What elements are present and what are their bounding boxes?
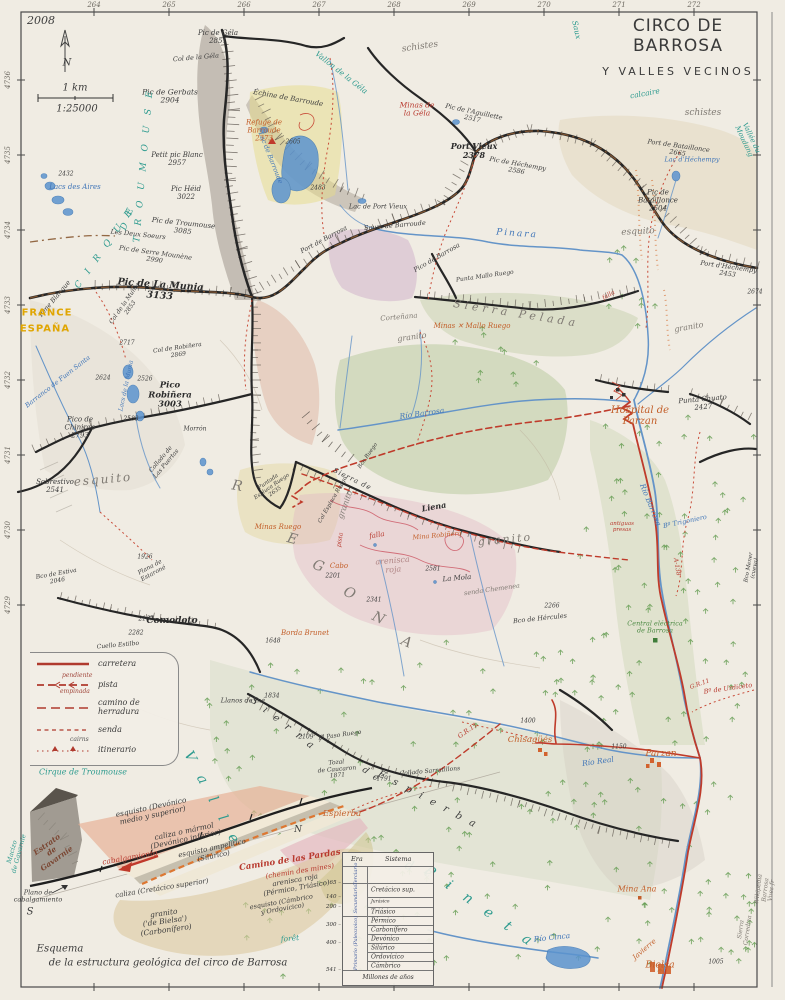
map-title: CIRCO DE BARROSA Y VALLES VECINOS [592,16,764,78]
legend-item-carretera: carretera [34,659,136,669]
bridleway-swatch-icon [34,703,92,713]
grid-number-left: 4730 [4,521,12,539]
grid-number-left: 4732 [4,371,12,389]
terrain-patches [30,25,757,900]
legend-note-empinada: empinada [60,688,90,695]
grid-number-top: 271 [612,1,625,9]
map-drawing [0,0,785,1000]
grid-number-top: 265 [162,1,175,9]
geology-schema [30,786,374,956]
path-swatch-icon [34,725,92,735]
legend-item-itinerario: itinerario [34,745,136,755]
timeline-system: Devónico [371,935,431,942]
legend-note-cairns: cairns [70,736,89,743]
scale-bar [38,94,113,102]
grid-number-top: 264 [87,1,100,9]
timeline-age: 200 – [323,904,341,910]
grid-number-left: 4729 [4,596,12,614]
timeline-age: 140 – [323,894,341,900]
grid-number-left: 4731 [4,446,12,464]
timeline-age: 541 – [323,967,341,973]
legend-label: senda [98,726,122,735]
timeline-system: Jurásico [371,900,431,905]
timeline-footer: Millones de años [343,974,433,981]
grid-number-top: 272 [687,1,700,9]
legend-label: camino de herradura [98,699,164,717]
timeline-age: 400 – [323,940,341,946]
itinerary-swatch-icon [34,745,92,755]
grid-number-left: 4735 [4,146,12,164]
grid-number-top: 267 [312,1,325,9]
legend-label: pista [98,681,118,690]
timeline-era: Secundario [353,885,359,914]
timeline-era: Terciario [353,863,359,886]
title-main: CIRCO DE BARROSA [592,16,764,56]
grid-number-left: 4734 [4,221,12,239]
grid-number-left: 4733 [4,296,12,314]
grid-number-top: 268 [387,1,400,9]
timeline-system: Carbonífero [371,926,431,933]
legend-note-pendiente: pendiente [62,672,92,679]
timeline-system: Triásico [371,908,431,915]
timeline-system: Pérmico [371,917,431,924]
timeline-system: Silúrico [371,944,431,951]
timeline-system: Ordovícico [371,953,431,960]
grid-number-top: 266 [237,1,250,9]
legend-label: itinerario [98,746,136,755]
legend-label: carretera [98,660,136,669]
timeline-system: Cámbrico [371,962,431,969]
stratigraphic-column: Era Sistema Millones de años Cretácico s… [342,852,434,986]
legend-item-camino: camino de herradura [34,699,164,717]
hand-drawn-map: CIRCO DE BARROSA Y VALLES VECINOS 20081 … [0,0,785,1000]
timeline-era: Primario (Paleozoico) [353,916,359,970]
route-legend: carretera pista camino de herradura send… [30,652,179,766]
grid-number-left: 4736 [4,71,12,89]
road-swatch-icon [34,659,92,669]
compass-icon [61,30,69,72]
timeline-header-sistema: Sistema [385,855,411,863]
title-sub: Y VALLES VECINOS [592,65,764,78]
grid-number-top: 269 [462,1,475,9]
grid-number-top: 270 [537,1,550,9]
legend-item-senda: senda [34,725,122,735]
timeline-age: 300 – [323,922,341,928]
timeline-system: Cretácico sup. [371,887,431,894]
timeline-age: 65 – [323,880,341,886]
